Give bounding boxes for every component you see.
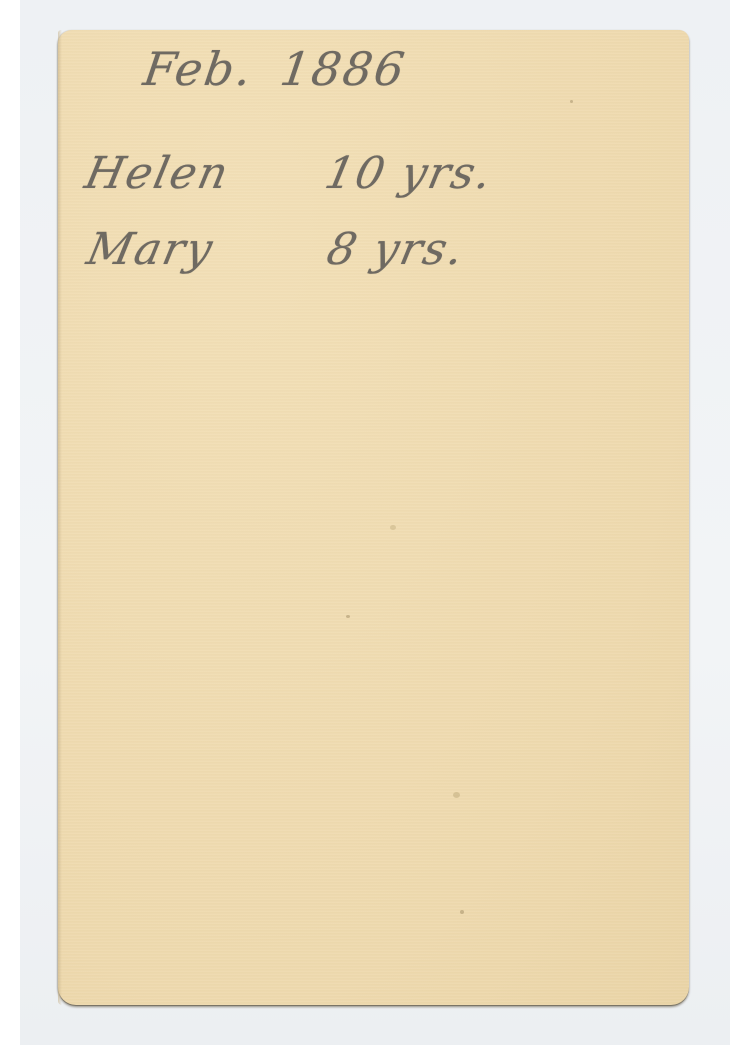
card-edge bbox=[58, 30, 62, 1005]
entry-age: 10 yrs. bbox=[321, 148, 498, 199]
photo-card-back: Feb.1886 Helen10 yrs. Mary8 yrs. bbox=[58, 30, 689, 1005]
foxing-spot bbox=[390, 525, 396, 530]
foxing-spot bbox=[453, 792, 460, 798]
inscription-entry: Mary8 yrs. bbox=[83, 224, 470, 275]
foxing-spot bbox=[460, 910, 464, 914]
date-month: Feb. bbox=[140, 42, 256, 96]
entry-name: Mary bbox=[83, 224, 334, 275]
inscription-entry: Helen10 yrs. bbox=[81, 148, 498, 199]
entry-age: 8 yrs. bbox=[323, 224, 470, 275]
inscription-date: Feb.1886 bbox=[140, 42, 409, 96]
foxing-spot bbox=[570, 100, 573, 103]
date-year: 1886 bbox=[277, 42, 410, 96]
entry-name: Helen bbox=[81, 148, 332, 199]
foxing-spot bbox=[346, 615, 350, 618]
